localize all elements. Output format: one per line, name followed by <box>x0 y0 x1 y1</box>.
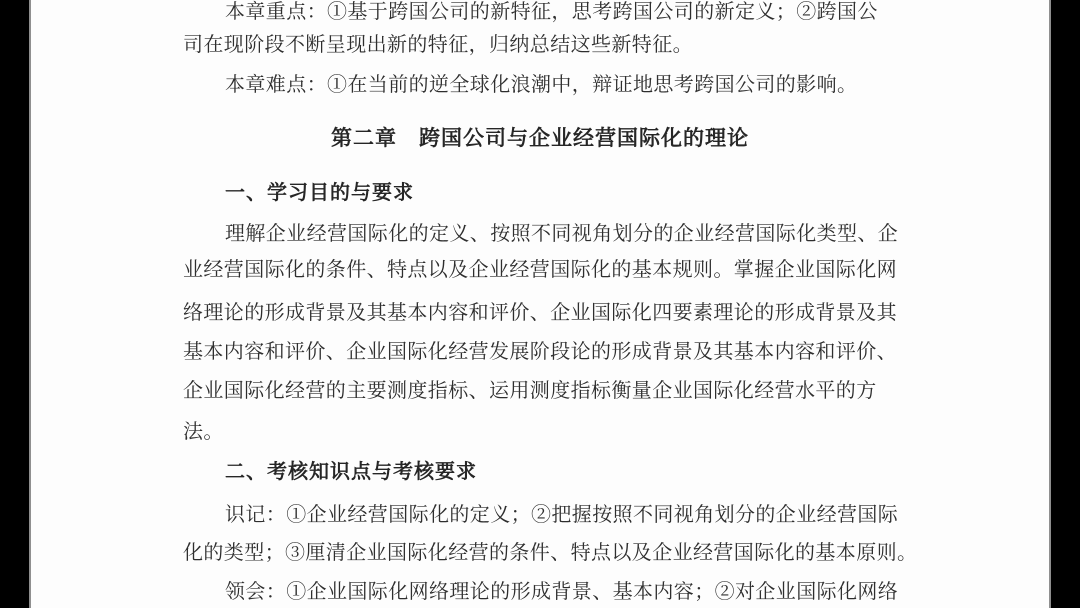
text-line: 络理论的形成背景及其基本内容和评价、企业国际化四要素理论的形成背景及其 <box>183 299 903 327</box>
letterbox-right-bar <box>1051 0 1080 608</box>
text-line: 法。 <box>183 418 903 446</box>
text-line: 领会：①企业国际化网络理论的形成背景、基本内容；②对企业国际化网络 <box>183 578 903 606</box>
chapter-title: 第二章 跨国公司与企业经营国际化的理论 <box>31 125 1049 153</box>
section-one-heading: 一、学习目的与要求 <box>183 179 903 207</box>
text-line: 理解企业经营国际化的定义、按照不同视角划分的企业经营国际化类型、企 <box>183 220 903 248</box>
text-line: 业经营国际化的条件、特点以及企业经营国际化的基本规则。掌握企业国际化网 <box>183 256 903 284</box>
text-line: 识记：①企业经营国际化的定义；②把握按照不同视角划分的企业经营国际 <box>183 501 903 529</box>
letterbox-left-bar <box>0 0 29 608</box>
text-line: 化的类型；③厘清企业国际化经营的条件、特点以及企业经营国际化的基本原则。 <box>183 539 903 567</box>
document-page: 本章重点：①基于跨国公司的新特征，思考跨国公司的新定义；②跨国公 司在现阶段不断… <box>29 0 1051 608</box>
text-line: 基本内容和评价、企业国际化经营发展阶段论的形成背景及其基本内容和评价、 <box>183 338 903 366</box>
text-line: 企业国际化经营的主要测度指标、运用测度指标衡量企业国际化经营水平的方 <box>183 377 903 405</box>
text-line: 本章难点：①在当前的逆全球化浪潮中，辩证地思考跨国公司的影响。 <box>183 71 903 99</box>
text-line: 本章重点：①基于跨国公司的新特征，思考跨国公司的新定义；②跨国公 <box>183 0 903 26</box>
text-line: 司在现阶段不断呈现出新的特征，归纳总结这些新特征。 <box>183 31 903 59</box>
section-two-heading: 二、考核知识点与考核要求 <box>183 458 903 486</box>
